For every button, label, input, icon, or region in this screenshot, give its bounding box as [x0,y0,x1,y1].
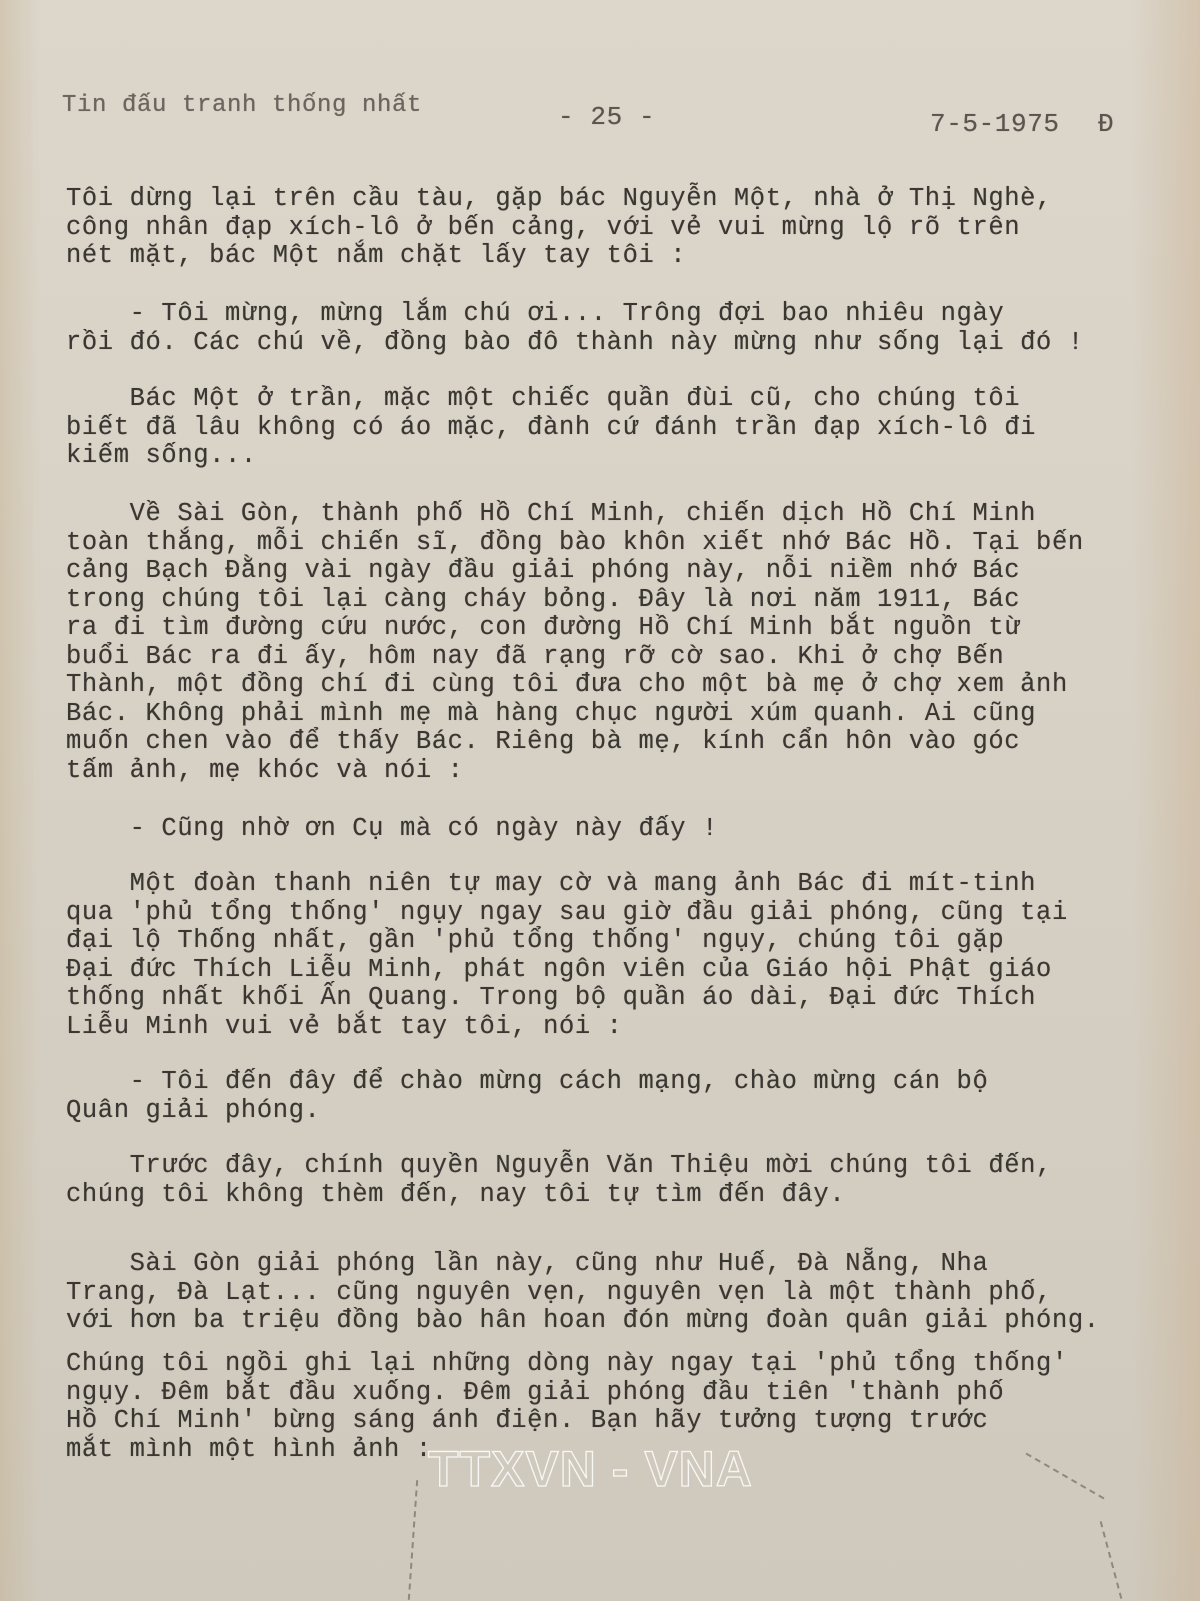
document-code: Đ [1098,110,1114,139]
text-line: Trước đây, chính quyền Nguyễn Văn Thiệu … [66,1152,1052,1181]
text-line: kiếm sống... [66,442,1036,471]
text-line: Về Sài Gòn, thành phố Hồ Chí Minh, chiến… [66,500,1084,529]
text-line: trong chúng tôi lại càng cháy bỏng. Đây … [66,586,1084,615]
text-line: Bác Một ở trần, mặc một chiếc quần đùi c… [66,385,1036,414]
paragraph: Bác Một ở trần, mặc một chiếc quần đùi c… [66,385,1036,471]
text-line: Một đoàn thanh niên tự may cờ và mang ản… [66,870,1068,899]
text-line: Bác. Không phải mình mẹ mà hàng chục ngư… [66,700,1084,729]
page-number: - 25 - [558,103,655,132]
header-title: Tin đấu tranh thống nhất [62,92,422,121]
text-line: muốn chen vào để thấy Bác. Riêng bà mẹ, … [66,728,1084,757]
paragraph: Một đoàn thanh niên tự may cờ và mang ản… [66,870,1068,1041]
text-line: với hơn ba triệu đồng bào hân hoan đón m… [66,1307,1100,1336]
text-line: Liễu Minh vui vẻ bắt tay tôi, nói : [66,1013,1068,1042]
text-line: Thành, một đồng chí đi cùng tôi đưa cho … [66,671,1084,700]
paragraph: Tôi dừng lại trên cầu tàu, gặp bác Nguyễ… [66,185,1052,271]
text-line: ngụy. Đêm bắt đầu xuống. Đêm giải phóng … [66,1379,1068,1408]
paper-crease [1100,1521,1123,1599]
text-line: đại lộ Thống nhất, gần 'phủ tổng thống' … [66,927,1068,956]
paragraph: Về Sài Gòn, thành phố Hồ Chí Minh, chiến… [66,500,1084,785]
text-line: - Tôi đến đây để chào mừng cách mạng, ch… [66,1068,988,1097]
quote-paragraph: - Cũng nhờ ơn Cụ mà có ngày này đấy ! [66,815,718,844]
text-line: tấm ảnh, mẹ khóc và nói : [66,757,1084,786]
text-line: Sài Gòn giải phóng lần này, cũng như Huế… [66,1250,1100,1279]
paragraph: Sài Gòn giải phóng lần này, cũng như Huế… [66,1250,1100,1336]
watermark-logo: TTXVN - VNA [428,1440,753,1498]
quote-paragraph: - Tôi mừng, mừng lắm chú ơi... Trông đợi… [66,300,1084,357]
text-line: chúng tôi không thèm đến, nay tôi tự tìm… [66,1181,1052,1210]
text-line: ra đi tìm đường cứu nước, con đường Hồ C… [66,614,1084,643]
paper-crease [408,1480,418,1600]
text-line: - Tôi mừng, mừng lắm chú ơi... Trông đợi… [66,300,1084,329]
text-line: toàn thắng, mỗi chiến sĩ, đồng bào khôn … [66,529,1084,558]
text-line: Đại đức Thích Liễu Minh, phát ngôn viên … [66,956,1068,985]
text-line: buổi Bác ra đi ấy, hôm nay đã rạng rỡ cờ… [66,643,1084,672]
text-line: Chúng tôi ngồi ghi lại những dòng này ng… [66,1350,1068,1379]
text-line: qua 'phủ tổng thống' ngụy ngay sau giờ đ… [66,899,1068,928]
quote-paragraph: - Tôi đến đây để chào mừng cách mạng, ch… [66,1068,988,1125]
text-line: rồi đó. Các chú về, đồng bào đô thành nà… [66,329,1084,358]
text-line: Quân giải phóng. [66,1097,988,1126]
document-date: 7-5-1975 [930,110,1060,139]
text-line: biết đã lâu không có áo mặc, đành cứ đán… [66,414,1036,443]
text-line: - Cũng nhờ ơn Cụ mà có ngày này đấy ! [66,815,718,844]
text-line: cảng Bạch Đằng vài ngày đầu giải phóng n… [66,557,1084,586]
text-line: công nhân đạp xích-lô ở bến cảng, với vẻ… [66,214,1052,243]
text-line: nét mặt, bác Một nắm chặt lấy tay tôi : [66,242,1052,271]
document-page: Tin đấu tranh thống nhất - 25 - 7-5-1975… [0,0,1200,1601]
text-line: Tôi dừng lại trên cầu tàu, gặp bác Nguyễ… [66,185,1052,214]
text-line: Trang, Đà Lạt... cũng nguyên vẹn, nguyên… [66,1279,1100,1308]
text-line: thống nhất khối Ấn Quang. Trong bộ quần … [66,984,1068,1013]
paragraph: Trước đây, chính quyền Nguyễn Văn Thiệu … [66,1152,1052,1209]
text-line: Hồ Chí Minh' bừng sáng ánh điện. Bạn hãy… [66,1407,1068,1436]
